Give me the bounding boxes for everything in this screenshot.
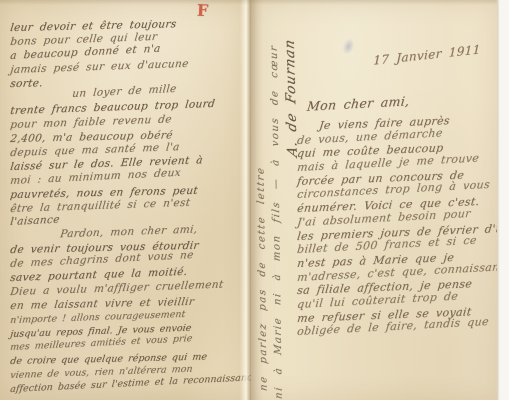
right-page-text: Je viens faire auprèsde vous, une démarc… [297,120,493,339]
photo-border-strip [497,0,509,400]
letter-photograph: F leur devoir et être toujoursbons pour … [0,0,509,400]
ink-smudge [340,37,356,57]
paper-edge-shading [0,0,509,5]
letter-page-left: F leur devoir et être toujoursbons pour … [0,0,251,400]
date-line: 17 Janvier 1911 [373,42,481,67]
left-page-text: leur devoir et être toujoursbons pour ce… [10,22,250,397]
salutation: Mon cher ami, [306,93,410,113]
margin-note: ne parlez pas de cette lettre ni à Marie… [254,11,304,399]
